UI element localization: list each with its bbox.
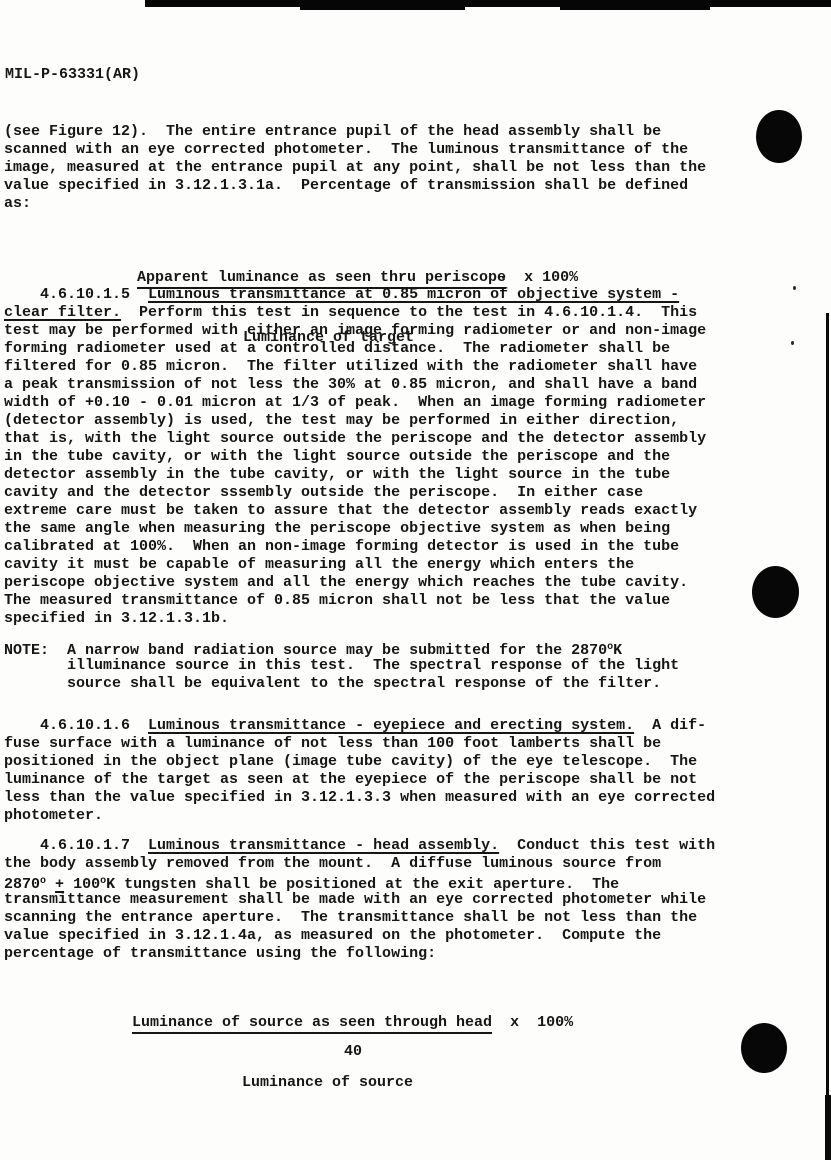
text-line: percentage of transmittance using the fo… — [4, 945, 715, 963]
text-segment: photometer. — [4, 807, 103, 824]
text-line: periscope objective system and all the e… — [4, 574, 706, 592]
text-line: NOTE: A narrow band radiation source may… — [4, 639, 679, 657]
text-segment: (see Figure 12). The entire entrance pup… — [4, 123, 661, 140]
text-segment: Luminous transmittance at 0.85 micron of… — [148, 286, 679, 303]
text-line: 4.6.10.1.7 Luminous transmittance - head… — [4, 837, 715, 855]
text-segment: that is, with the light source outside t… — [4, 430, 706, 447]
top-edge-scan-bar-chunk — [300, 0, 465, 10]
text-segment: scanning the entrance aperture. The tran… — [4, 909, 697, 926]
text-line: image, measured at the entrance pupil at… — [4, 159, 706, 177]
scan-speck — [791, 341, 794, 345]
text-segment: in the tube cavity, or with the light so… — [4, 448, 670, 465]
text-segment: fuse surface with a luminance of not les… — [4, 735, 661, 752]
text-segment: percentage of transmittance using the fo… — [4, 945, 436, 962]
text-segment: the same angle when measuring the perisc… — [4, 520, 670, 537]
text-segment: Luminous transmittance - head assembly. — [148, 837, 499, 854]
text-segment: 4.6.10.1.6 — [4, 717, 148, 734]
text-segment: value specified in 3.12.1.3.1a. Percenta… — [4, 177, 688, 194]
right-edge-scan-line — [826, 313, 829, 1160]
text-line: photometer. — [4, 807, 715, 825]
text-line: fuse surface with a luminance of not les… — [4, 735, 715, 753]
text-line: 4.6.10.1.6 Luminous transmittance - eyep… — [4, 717, 715, 735]
text-segment: calibrated at 100%. When an non-image fo… — [4, 538, 679, 555]
text-segment: illuminance source in this test. The spe… — [4, 657, 679, 674]
text-segment: width of +0.10 - 0.01 micron at 1/3 of p… — [4, 394, 706, 411]
text-segment: transmittance measurement shall be made … — [4, 891, 706, 908]
text-segment: The measured transmittance of 0.85 micro… — [4, 592, 670, 609]
text-line: specified in 3.12.1.3.1b. — [4, 610, 706, 628]
text-line: as: — [4, 195, 706, 213]
text-line: scanning the entrance aperture. The tran… — [4, 909, 715, 927]
right-edge-scan-line-bottom — [825, 1095, 831, 1160]
text-segment: positioned in the object plane (image tu… — [4, 753, 697, 770]
paragraph-intro: (see Figure 12). The entire entrance pup… — [4, 123, 706, 213]
text-segment: scanned with an eye corrected photometer… — [4, 141, 688, 158]
hole-punch-dot-1 — [756, 110, 802, 163]
text-line: width of +0.10 - 0.01 micron at 1/3 of p… — [4, 394, 706, 412]
text-segment: periscope objective system and all the e… — [4, 574, 688, 591]
text-segment: less than the value specified in 3.12.1.… — [4, 789, 715, 806]
text-line: cavity and the detector sssembly outside… — [4, 484, 706, 502]
text-line: positioned in the object plane (image tu… — [4, 753, 715, 771]
hole-punch-dot-3 — [741, 1023, 787, 1073]
formula-multiplier: x 100% — [492, 1014, 573, 1031]
formula-numerator-row: Luminance of source as seen through head… — [132, 1013, 573, 1032]
text-line: source shall be equivalent to the spectr… — [4, 675, 679, 693]
formula-numerator: Luminance of source as seen through head — [132, 1014, 492, 1034]
text-segment: cavity and the detector sssembly outside… — [4, 484, 643, 501]
text-segment: A dif- — [634, 717, 706, 734]
text-line: cavity it must be capable of measuring a… — [4, 556, 706, 574]
text-line: calibrated at 100%. When an non-image fo… — [4, 538, 706, 556]
text-line: value specified in 3.12.1.3.1a. Percenta… — [4, 177, 706, 195]
text-line: that is, with the light source outside t… — [4, 430, 706, 448]
formula-multiplier: x 100% — [506, 269, 578, 286]
text-segment: value specified in 3.12.1.4a, as measure… — [4, 927, 661, 944]
text-segment: image, measured at the entrance pupil at… — [4, 159, 706, 176]
text-segment: the body assembly removed from the mount… — [4, 855, 661, 872]
text-segment: detector assembly in the tube cavity, or… — [4, 466, 670, 483]
scanned-document-page: MIL-P-63331(AR) (see Figure 12). The ent… — [0, 0, 831, 1160]
text-segment: Conduct this test with — [499, 837, 715, 854]
text-segment: (detector assembly) is used, the test ma… — [4, 412, 679, 429]
section-4-6-10-1-5: 4.6.10.1.5 Luminous transmittance at 0.8… — [4, 286, 706, 628]
formula-numerator-row: Apparent luminance as seen thru periscop… — [137, 268, 578, 287]
text-line: value specified in 3.12.1.4a, as measure… — [4, 927, 715, 945]
text-segment: test may be performed with either an ima… — [4, 322, 706, 339]
text-segment: specified in 3.12.1.3.1b. — [4, 610, 229, 627]
text-segment: 4.6.10.1.7 — [4, 837, 148, 854]
text-line: The measured transmittance of 0.85 micro… — [4, 592, 706, 610]
text-segment: clear filter. — [4, 304, 121, 321]
note-paragraph: NOTE: A narrow band radiation source may… — [4, 639, 679, 693]
text-line: 4.6.10.1.5 Luminous transmittance at 0.8… — [4, 286, 706, 304]
page-number: 40 — [344, 1043, 362, 1060]
text-line: transmittance measurement shall be made … — [4, 891, 715, 909]
hole-punch-dot-2 — [752, 566, 799, 618]
text-segment: source shall be equivalent to the spectr… — [4, 675, 661, 692]
document-id: MIL-P-63331(AR) — [5, 66, 140, 83]
text-segment: extreme care must be taken to assure tha… — [4, 502, 697, 519]
formula-denominator: Luminance of source — [242, 1073, 573, 1092]
text-line: filtered for 0.85 micron. The filter uti… — [4, 358, 706, 376]
text-line: 2870o + 100oK tungsten shall be position… — [4, 873, 715, 891]
text-segment: cavity it must be capable of measuring a… — [4, 556, 634, 573]
text-line: forming radiometer used at a controlled … — [4, 340, 706, 358]
text-line: extreme care must be taken to assure tha… — [4, 502, 706, 520]
text-line: clear filter. Perform this test in seque… — [4, 304, 706, 322]
text-line: the body assembly removed from the mount… — [4, 855, 715, 873]
text-segment: as: — [4, 195, 31, 212]
text-line: (detector assembly) is used, the test ma… — [4, 412, 706, 430]
top-edge-scan-bar — [145, 0, 831, 7]
text-segment: Luminous transmittance - eyepiece and er… — [148, 717, 634, 734]
text-line: a peak transmission of not less the 30% … — [4, 376, 706, 394]
text-line: less than the value specified in 3.12.1.… — [4, 789, 715, 807]
text-line: scanned with an eye corrected photometer… — [4, 141, 706, 159]
text-line: the same angle when measuring the perisc… — [4, 520, 706, 538]
text-line: illuminance source in this test. The spe… — [4, 657, 679, 675]
text-segment: luminance of the target as seen at the e… — [4, 771, 697, 788]
section-4-6-10-1-6: 4.6.10.1.6 Luminous transmittance - eyep… — [4, 717, 715, 825]
text-segment: a peak transmission of not less the 30% … — [4, 376, 697, 393]
text-line: (see Figure 12). The entire entrance pup… — [4, 123, 706, 141]
top-edge-scan-bar-chunk — [560, 0, 710, 10]
text-segment: Perform this test in sequence to the tes… — [121, 304, 697, 321]
scan-speck — [793, 286, 796, 290]
text-line: test may be performed with either an ima… — [4, 322, 706, 340]
text-line: luminance of the target as seen at the e… — [4, 771, 715, 789]
text-segment: forming radiometer used at a controlled … — [4, 340, 670, 357]
text-segment: filtered for 0.85 micron. The filter uti… — [4, 358, 697, 375]
text-segment: 4.6.10.1.5 — [4, 286, 148, 303]
text-line: in the tube cavity, or with the light so… — [4, 448, 706, 466]
section-4-6-10-1-7: 4.6.10.1.7 Luminous transmittance - head… — [4, 837, 715, 963]
text-line: detector assembly in the tube cavity, or… — [4, 466, 706, 484]
